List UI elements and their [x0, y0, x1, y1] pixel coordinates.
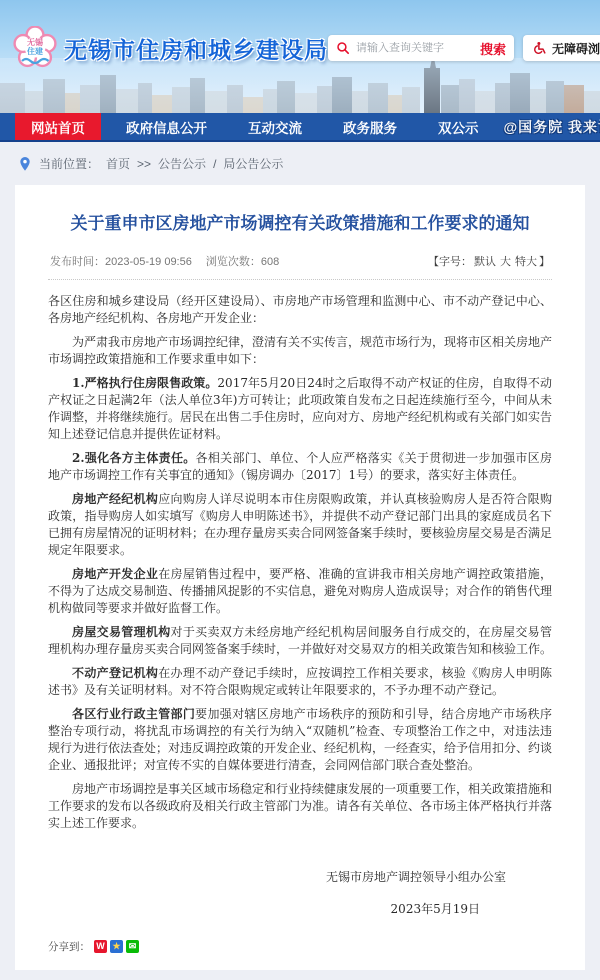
wheelchair-icon [532, 41, 547, 56]
breadcrumb-prefix: 当前位置： [39, 155, 99, 172]
nav-item[interactable]: 政府信息公开 [110, 113, 223, 140]
nav-items: 网站首页政府信息公开互动交流政务服务双公示 [15, 113, 504, 140]
svg-text:住建: 住建 [27, 46, 43, 56]
article-paragraph: 各区行业行政主管部门要加强对辖区房地产市场秩序的预防和引导，结合房地产市场秩序整… [48, 706, 552, 774]
article-body: 各区住房和城乡建设局（经开区建设局）、市房地产市场管理和监测中心、市不动产登记中… [48, 293, 552, 832]
main-nav: 网站首页政府信息公开互动交流政务服务双公示 @国务院 我来说 [0, 113, 600, 142]
nav-item[interactable]: 政务服务 [327, 113, 413, 140]
font-size-control: 【字号： 默认 大 特大 】 [428, 253, 550, 269]
font-size-xlarge[interactable]: 特大 [515, 253, 537, 269]
share-bar: 分享到： W★✉ [48, 939, 552, 954]
signature: 无锡市房地产调控领导小组办公室 [48, 868, 552, 885]
search-button[interactable]: 搜索 [480, 39, 506, 58]
header-banner: 无锡 住建 无锡市住房和城乡建设局 搜索 无障碍浏览 [0, 0, 600, 113]
nav-item[interactable]: 互动交流 [232, 113, 318, 140]
search-icon [336, 41, 350, 55]
share-icons: W★✉ [94, 940, 139, 953]
site-title[interactable]: 无锡市住房和城乡建设局 [64, 32, 328, 65]
site-logo[interactable]: 无锡 住建 [13, 26, 57, 70]
breadcrumb-separator: >> [137, 157, 151, 171]
article-meta-left: 发布时间：2023-05-19 09:56 浏览次数：608 [50, 253, 279, 269]
article-paragraph: 房地产经纪机构应向购房人详尽说明本市住房限购政策，并认真核验购房人是否符合限购政… [48, 491, 552, 559]
search-box: 搜索 [328, 35, 514, 61]
article-paragraph: 为严肃我市房地产市场调控纪律，澄清有关不实传言，规范市场行为，现将市区相关房地产… [48, 334, 552, 368]
search-input[interactable] [356, 42, 474, 54]
location-pin-icon [18, 156, 32, 172]
breadcrumb: 当前位置： 首页 >> 公告公示 / 局公告公示 [0, 142, 600, 185]
article-paragraph: 房屋交易管理机构对于买卖双方未经房地产经纪机构居间服务自行成交的，在房屋交易管理… [48, 624, 552, 658]
article-paragraph: 不动产登记机构在办理不动产登记手续时，应按调控工作相关要求，核验《购房人申明陈述… [48, 665, 552, 699]
font-size-close: 】 [539, 253, 550, 269]
nav-item[interactable]: 双公示 [422, 113, 495, 140]
article-paragraph: 1.严格执行住房限售政策。2017年5月20日24时之后取得不动产权证的住房，自… [48, 375, 552, 443]
font-size-default[interactable]: 默认 [474, 253, 496, 269]
font-size-open: 【字号： [428, 253, 472, 269]
breadcrumb-home[interactable]: 首页 [106, 155, 130, 172]
font-size-large[interactable]: 大 [500, 253, 511, 269]
article-paragraph: 房地产市场调控是事关区域市场稳定和行业持续健康发展的一项重要工作，相关政策措施和… [48, 781, 552, 832]
article-paragraph: 各区住房和城乡建设局（经开区建设局）、市房地产市场管理和监测中心、市不动产登记中… [48, 293, 552, 327]
share-weibo-icon[interactable]: W [94, 940, 107, 953]
view-count: 浏览次数：608 [206, 253, 279, 269]
svg-text:无锡: 无锡 [27, 37, 43, 47]
nav-statecouncil-link[interactable]: @国务院 我来说 [504, 113, 600, 140]
signature-date: 2023年5月19日 [48, 900, 552, 917]
share-qzone-icon[interactable]: ★ [110, 940, 123, 953]
breadcrumb-separator-2: / [213, 157, 216, 171]
article-paragraph: 2.强化各方主体责任。各相关部门、单位、个人应严格落实《关于贯彻进一步加强市区房… [48, 450, 552, 484]
accessibility-button[interactable]: 无障碍浏览 [523, 35, 600, 61]
breadcrumb-category[interactable]: 公告公示 [158, 155, 206, 172]
breadcrumb-current[interactable]: 局公告公示 [223, 155, 283, 172]
share-wechat-icon[interactable]: ✉ [126, 940, 139, 953]
publish-time: 发布时间：2023-05-19 09:56 [50, 253, 192, 269]
article-closing: 无锡市房地产调控领导小组办公室 2023年5月19日 [48, 868, 552, 917]
nav-item[interactable]: 网站首页 [15, 113, 101, 140]
share-label: 分享到： [48, 939, 90, 954]
article-title: 关于重申市区房地产市场调控有关政策措施和工作要求的通知 [48, 211, 552, 237]
article-paragraph: 房地产开发企业在房屋销售过程中，要严格、准确的宣讲我市相关房地产调控政策措施，不… [48, 566, 552, 617]
article-meta: 发布时间：2023-05-19 09:56 浏览次数：608 【字号： 默认 大… [48, 253, 552, 280]
accessibility-label: 无障碍浏览 [552, 40, 600, 57]
article-card: 关于重申市区房地产市场调控有关政策措施和工作要求的通知 发布时间：2023-05… [15, 185, 585, 970]
header-bar: 无锡 住建 无锡市住房和城乡建设局 搜索 无障碍浏览 [13, 25, 590, 71]
